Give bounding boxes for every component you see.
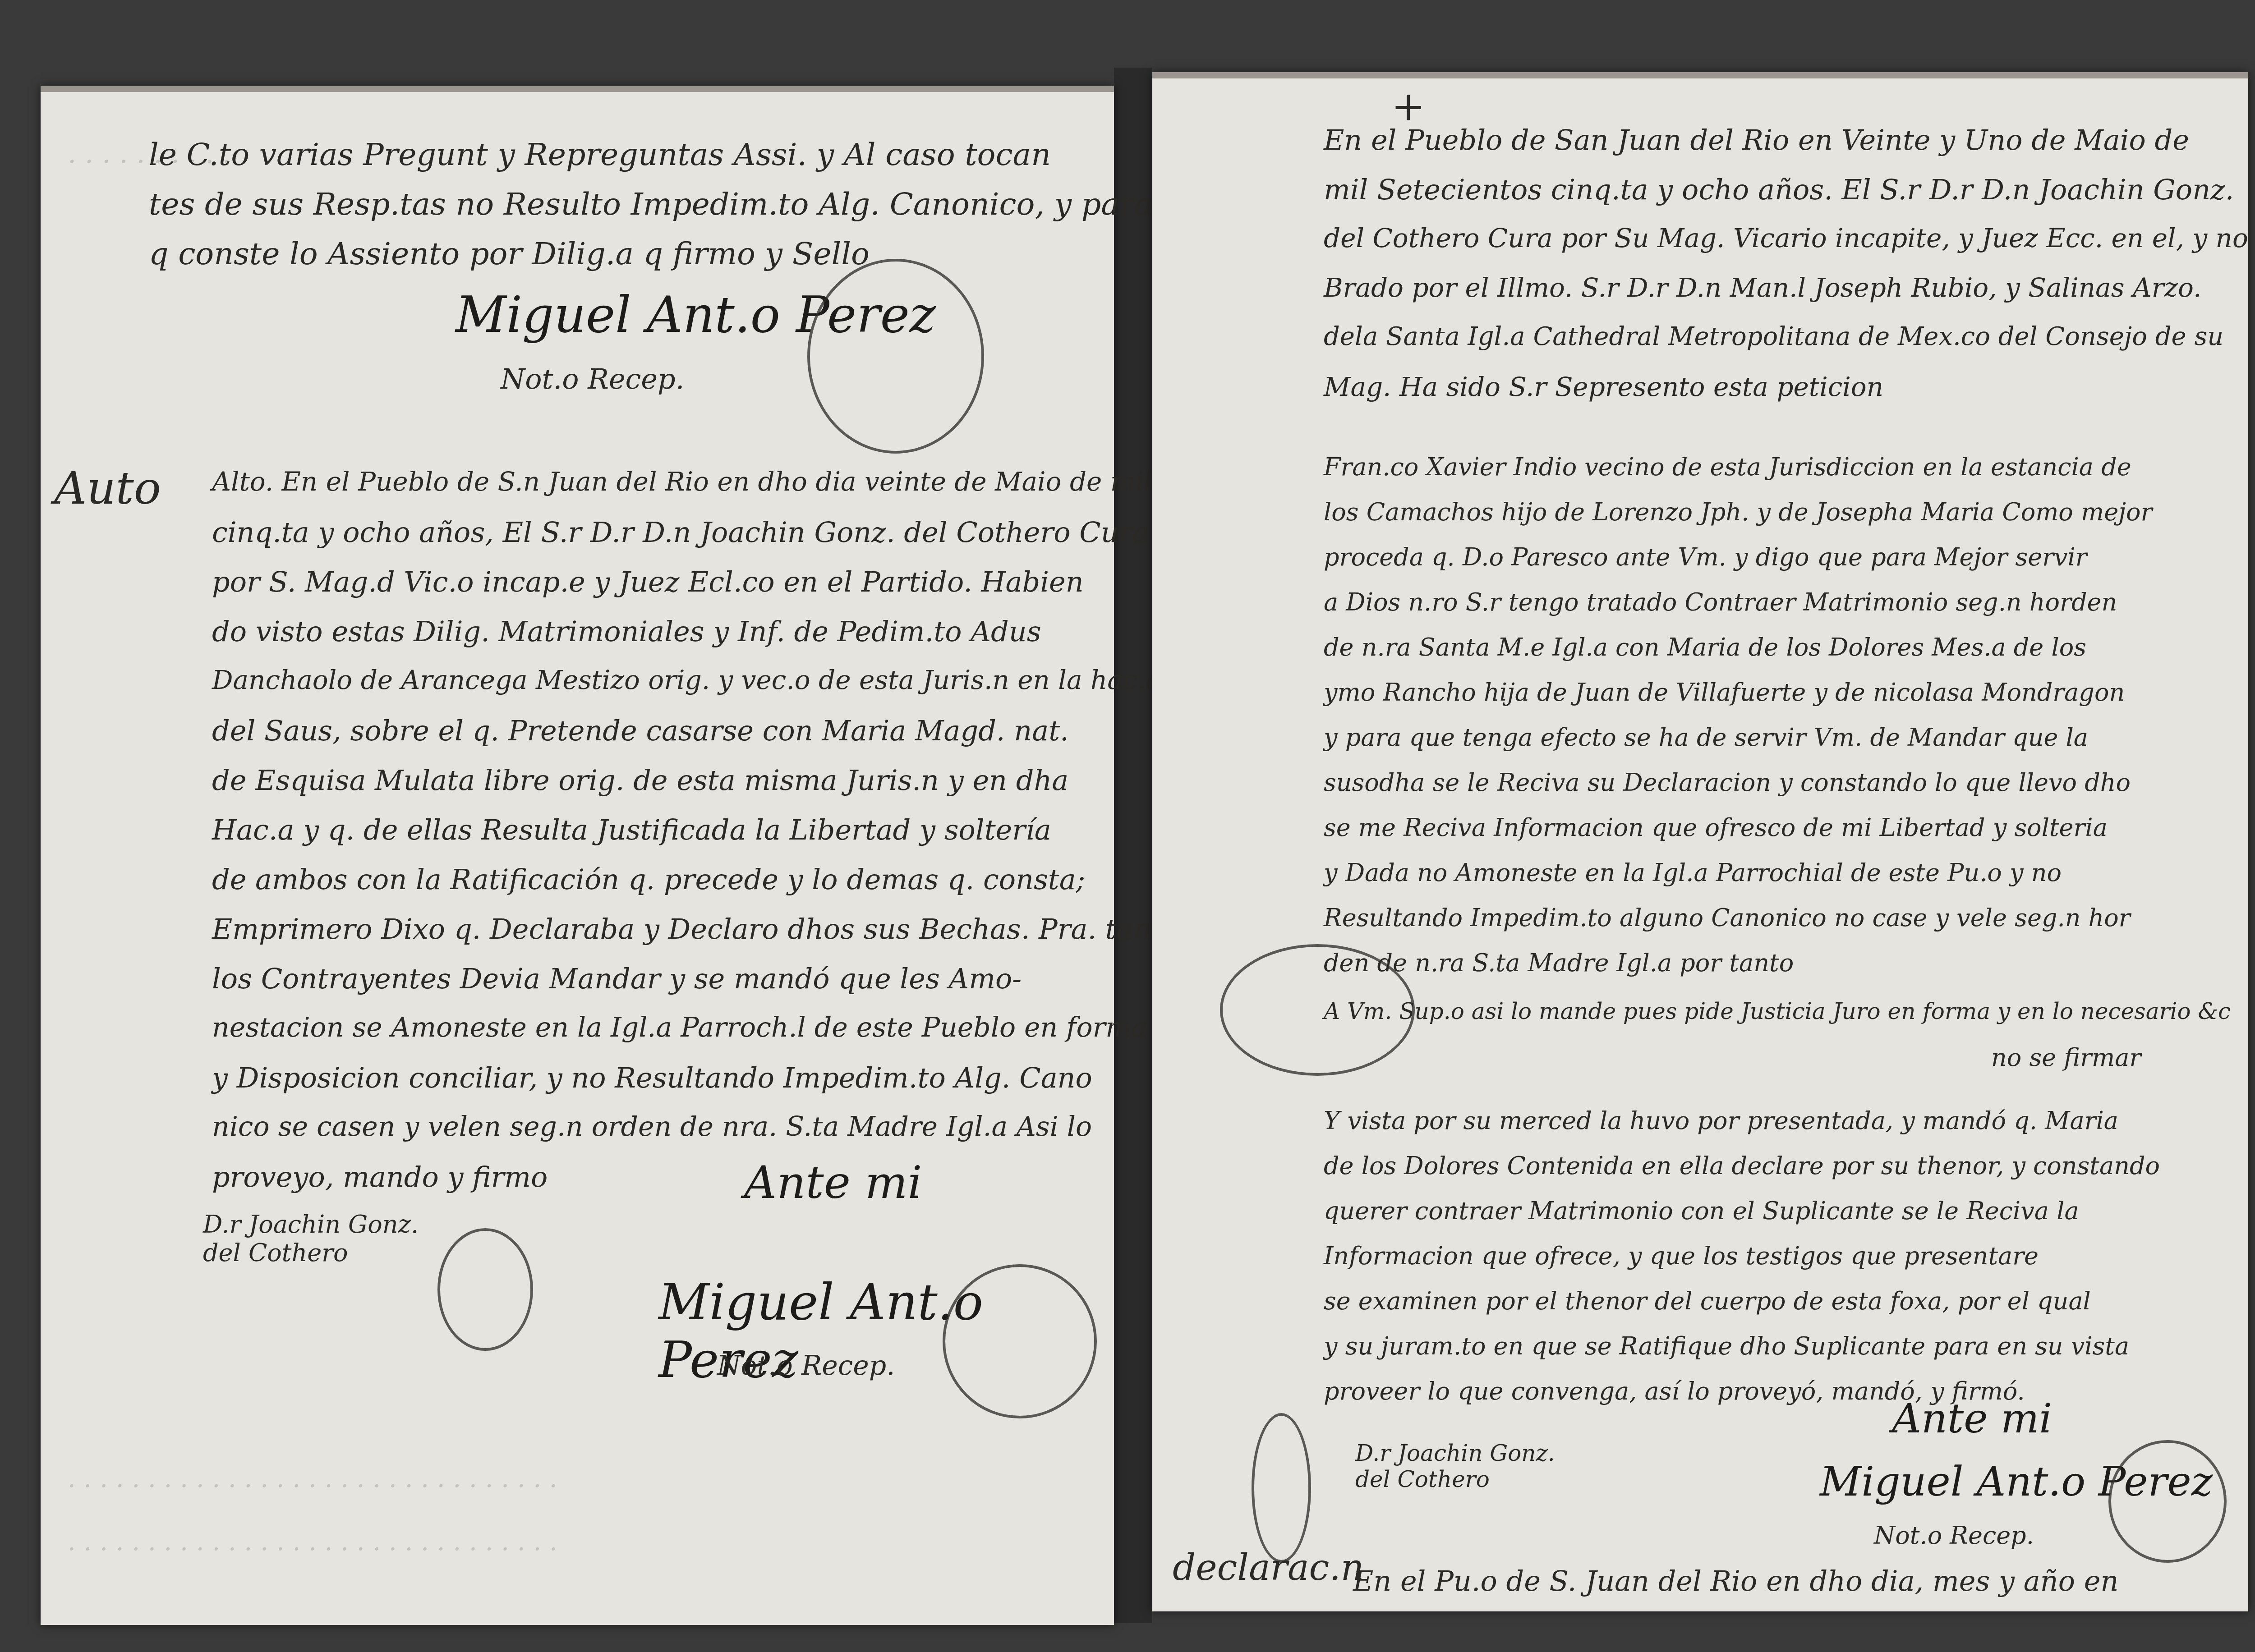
manuscript-line: Brado por el Illmo. S.r D.r D.n Man.l Jo… (1324, 272, 2201, 303)
manuscript-line: dela Santa Igl.a Cathedral Metropolitana… (1324, 322, 2223, 351)
rubric-flourish (437, 1228, 533, 1351)
manuscript-line: de Esquisa Mulata libre orig. de esta mi… (212, 764, 1068, 797)
rubric-flourish (1220, 944, 1415, 1076)
manuscript-line: Hac.a y q. de ellas Resulta Justificada … (212, 813, 1051, 846)
signature-ante-mi: Ante mi (1892, 1395, 2052, 1442)
signature-ante-mi: Ante mi (744, 1156, 922, 1209)
manuscript-line: En el Pu.o de S. Juan del Rio en dho dia… (1353, 1565, 2118, 1597)
signature-title: Not.o Recep. (501, 363, 684, 395)
margin-note: declarac.n (1173, 1546, 1364, 1588)
manuscript-line: Mag. Ha sido S.r Sepresento esta peticio… (1324, 372, 1883, 402)
manuscript-line: se me Reciva Informacion que ofresco de … (1324, 813, 2108, 842)
signature-title: Not.o Recep. (1874, 1521, 2034, 1550)
right-page: + En el Pueblo de San Juan del Rio en Ve… (1152, 72, 2248, 1611)
manuscript-line: Resultando Impedim.to alguno Canonico no… (1324, 904, 2131, 932)
manuscript-line: querer contraer Matrimonio con el Suplic… (1324, 1197, 2079, 1225)
manuscript-line: y Dada no Amoneste en la Igl.a Parrochia… (1324, 858, 2062, 887)
signature-cura: D.r Joachin Gonz.del Cothero (203, 1210, 419, 1267)
manuscript-line: proceda q. D.o Paresco ante Vm. y digo q… (1324, 543, 2087, 571)
manuscript-line: a Dios n.ro S.r tengo tratado Contraer M… (1324, 588, 2117, 616)
bleed-through-text: · · · · · · · · · · · · · · · · · · · · … (68, 1472, 557, 1501)
manuscript-line: A Vm. Sup.o asi lo mande pues pide Justi… (1324, 998, 2231, 1024)
manuscript-line: del Cothero Cura por Su Mag. Vicario inc… (1324, 223, 2248, 253)
manuscript-line: y su juram.to en que se Ratifique dho Su… (1324, 1332, 2129, 1360)
manuscript-line: susodha se le Reciva su Declaracion y co… (1324, 768, 2131, 797)
manuscript-line: le C.to varias Pregunt y Repreguntas Ass… (149, 137, 1051, 173)
manuscript-line: En el Pueblo de San Juan del Rio en Vein… (1324, 124, 2189, 156)
book-gutter (1114, 68, 1152, 1623)
manuscript-line: mil Setecientos cinq.ta y ocho años. El … (1324, 173, 2234, 206)
left-page: · · · · · · · · · · le C.to varias Pregu… (41, 86, 1114, 1625)
manuscript-line: los Contrayentes Devia Mandar y se mandó… (212, 962, 1022, 995)
rubric-flourish (807, 259, 984, 454)
margin-note: Auto (54, 462, 161, 514)
manuscript-line: y Disposicion conciliar, y no Resultando… (212, 1061, 1092, 1094)
bleed-through-text: · · · · · · · · · · · · · · · · · · · · … (68, 1535, 557, 1564)
manuscript-line: tes de sus Resp.tas no Resulto Impedim.t… (149, 187, 1152, 222)
manuscript-line: ymo Rancho hija de Juan de Villafuerte y… (1324, 678, 2125, 707)
manuscript-line: q conste lo Assiento por Dilig.a q firmo… (149, 236, 870, 272)
manuscript-line: del Saus, sobre el q. Pretende casarse c… (212, 714, 1069, 747)
manuscript-line: Y vista por su merced la huvo por presen… (1324, 1106, 2118, 1135)
manuscript-line: do visto estas Dilig. Matrimoniales y In… (212, 615, 1041, 648)
rubric-flourish (2108, 1440, 2227, 1563)
manuscript-line: nestacion se Amoneste en la Igl.a Parroc… (212, 1012, 1147, 1043)
manuscript-line: y para que tenga efecto se ha de servir … (1324, 723, 2088, 752)
manuscript-line: nico se casen y velen seg.n orden de nra… (212, 1111, 1092, 1143)
manuscript-line: de ambos con la Ratificación q. precede … (212, 863, 1086, 896)
manuscript-line: cinq.ta y ocho años, El S.r D.r D.n Joac… (212, 516, 1149, 549)
rubric-flourish (943, 1264, 1097, 1418)
manuscript-line: por S. Mag.d Vic.o incap.e y Juez Ecl.co… (212, 565, 1084, 598)
manuscript-line: de n.ra Santa M.e Igl.a con Maria de los… (1324, 633, 2086, 661)
rubric-flourish (1252, 1413, 1311, 1563)
manuscript-line: se examinen por el thenor del cuerpo de … (1324, 1287, 2091, 1315)
manuscript-line: de los Dolores Contenida en ella declare… (1324, 1152, 2160, 1180)
signature-title: Not.o Recep. (717, 1350, 895, 1381)
manuscript-line: los Camachos hijo de Lorenzo Jph. y de J… (1324, 498, 2152, 526)
manuscript-line: no se firmar (1991, 1043, 2141, 1072)
signature-cura: D.r Joachin Gonz.del Cothero (1355, 1440, 1555, 1492)
manuscript-line: proveyo, mando y firmo (212, 1161, 548, 1193)
manuscript-line: Fran.co Xavier Indio vecino de esta Juri… (1324, 453, 2131, 481)
manuscript-line: Danchaolo de Arancega Mestizo orig. y ve… (212, 665, 1161, 695)
manuscript-line: Informacion que ofrece, y que los testig… (1324, 1242, 2039, 1270)
manuscript-line: Emprimero Dixo q. Declaraba y Declaro dh… (212, 913, 1179, 945)
